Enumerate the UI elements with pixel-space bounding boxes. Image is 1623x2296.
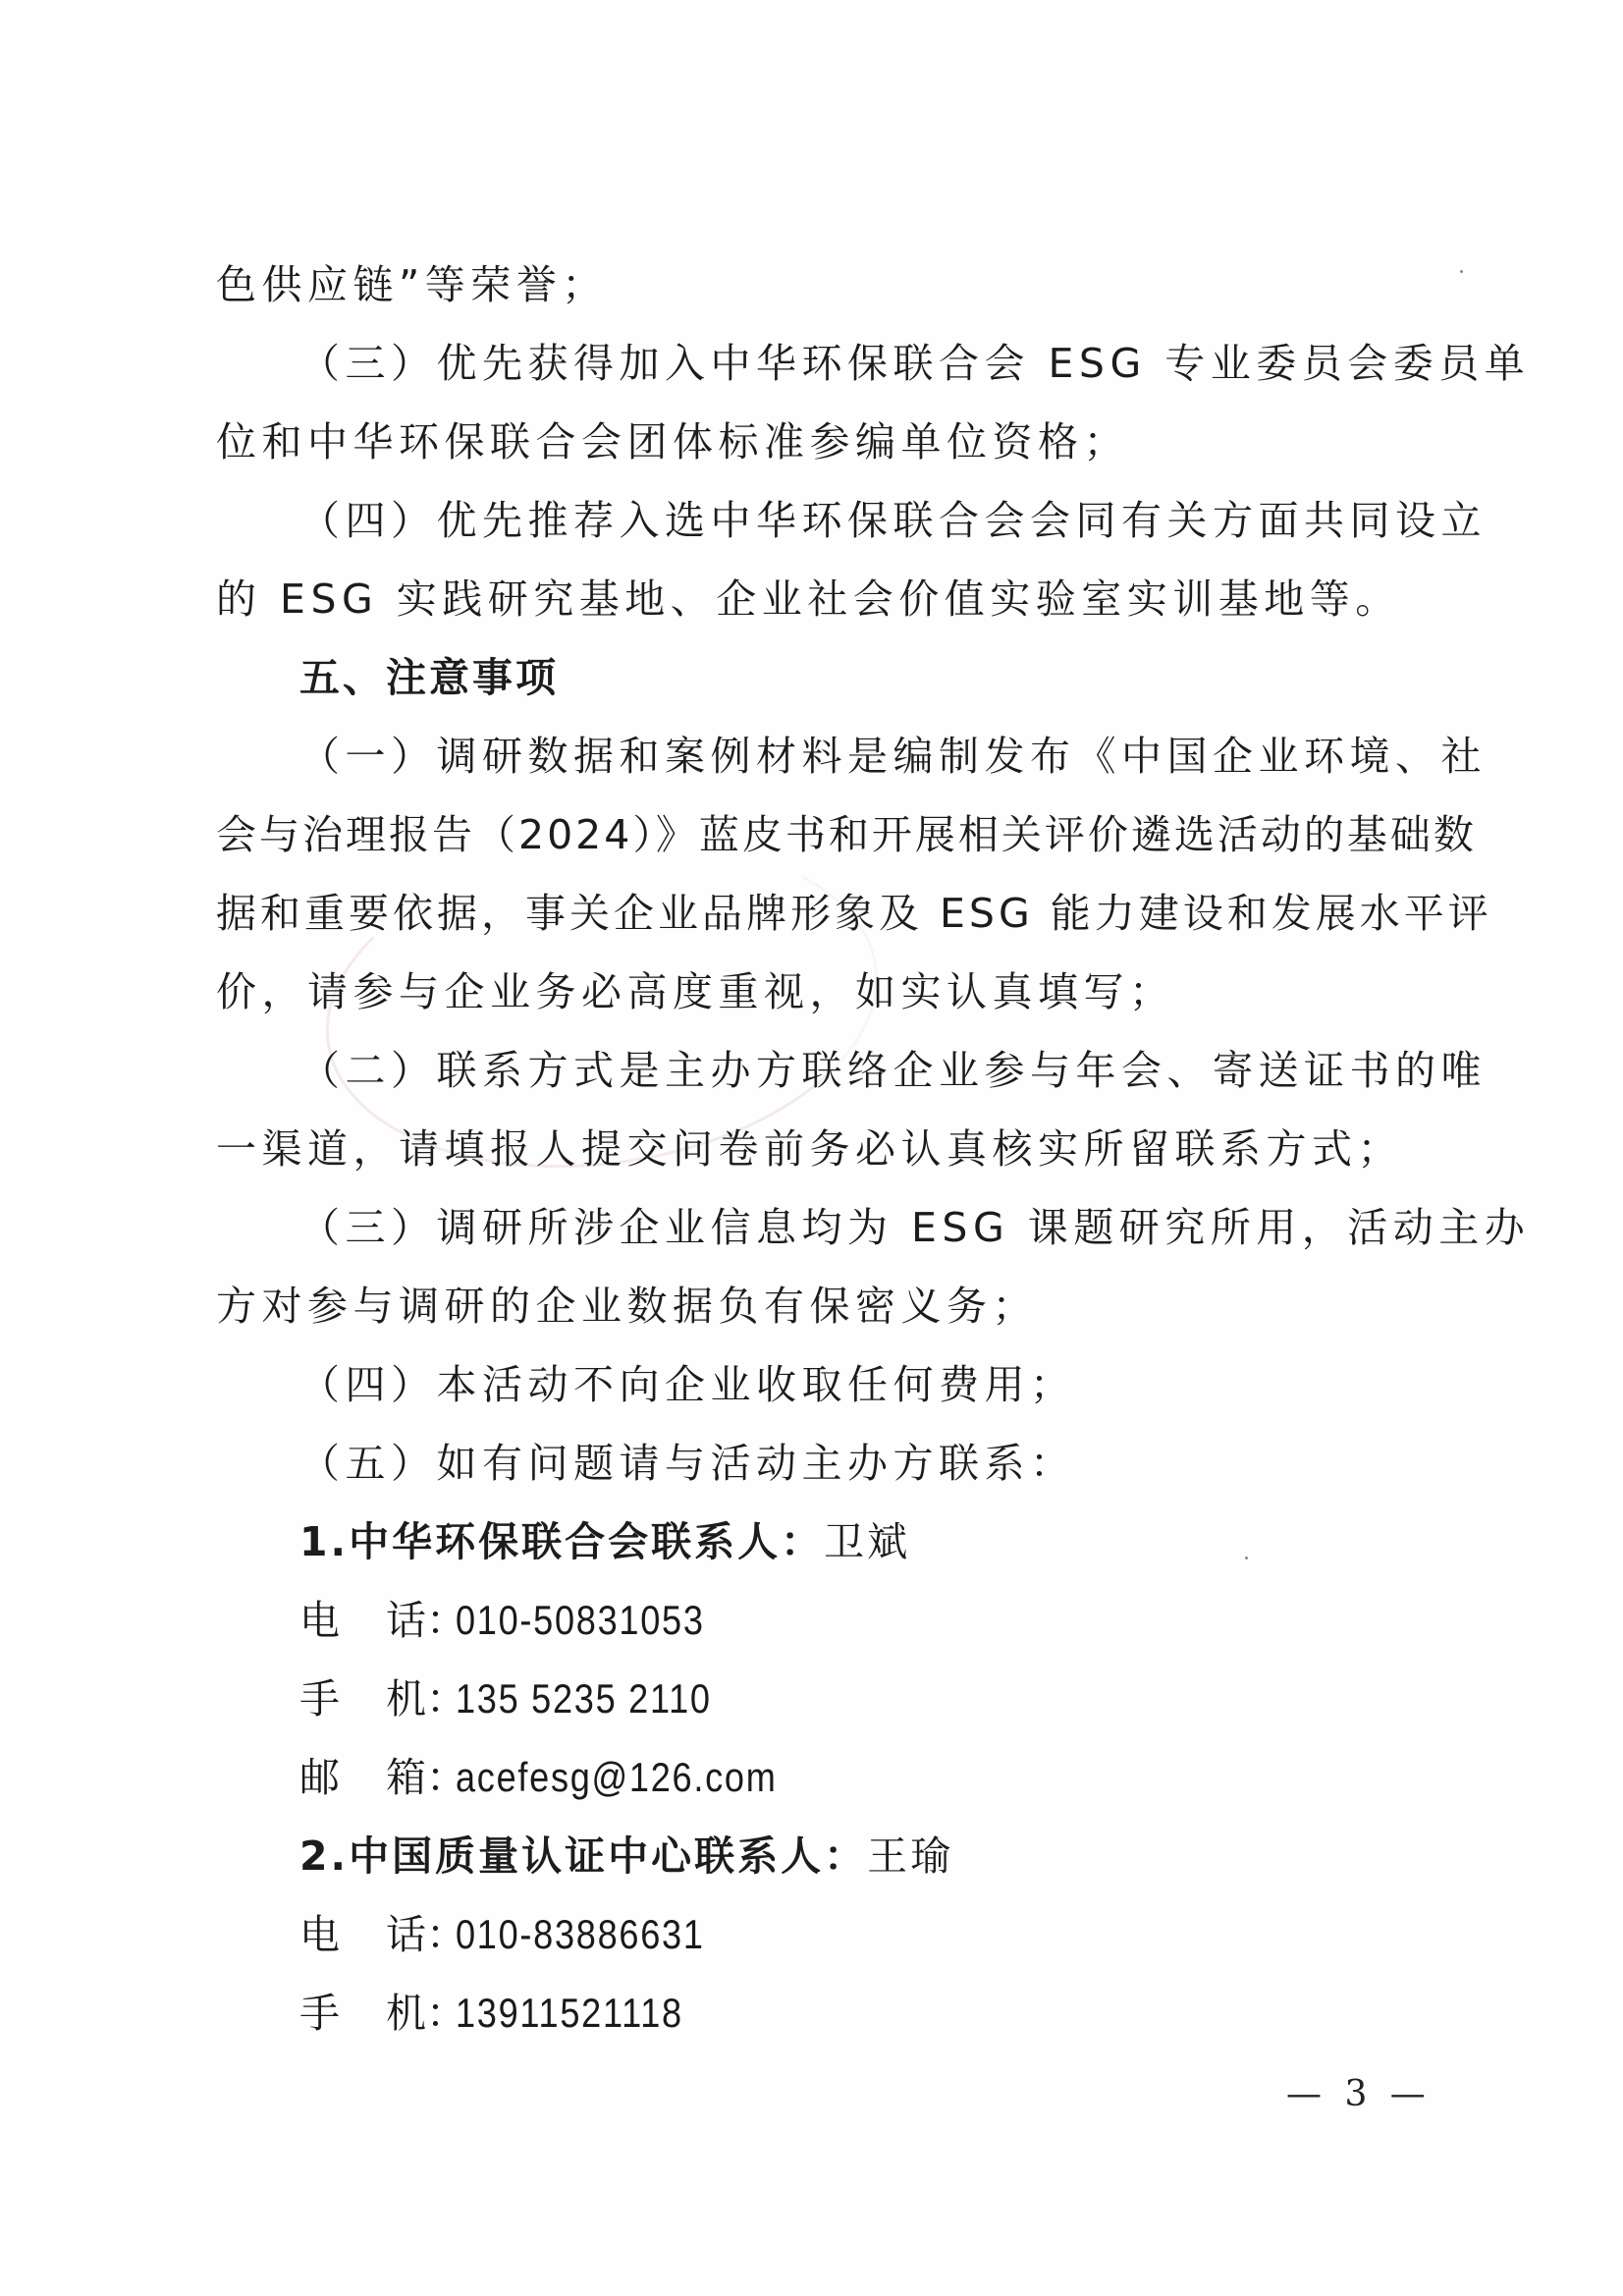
paragraph-line-10: 价，请参与企业务必高度重视，如实认真填写； [216, 964, 1175, 1019]
contact-2-name: 王瑜 [867, 1832, 953, 1880]
scan-speck [1245, 1557, 1248, 1559]
phone-label-char-2: 话 [386, 1593, 426, 1648]
paragraph-line-11: （二）联系方式是主办方联络企业参与年会、寄送证书的唯 [299, 1043, 1487, 1098]
contact-1-organization: 1.中华环保联合会联系人： [299, 1518, 824, 1565]
phone-label-char-2: 话 [386, 1907, 426, 1962]
page-number: — 3 — [1286, 2074, 1432, 2114]
label-colon: ： [426, 1671, 456, 1726]
contact-1-email[interactable]: acefesg@126.com [456, 1750, 778, 1805]
contact-2-organization: 2.中国质量认证中心联系人： [299, 1832, 867, 1880]
paragraph-line-2: （三）优先获得加入中华环保联合会 ESG 专业委员会委员单 [299, 336, 1530, 391]
paragraph-line-12: 一渠道，请填报人提交问卷前务必认真核实所留联系方式； [216, 1121, 1403, 1176]
paragraph-line-13: （三）调研所涉企业信息均为 ESG 课题研究所用，活动主办 [299, 1200, 1530, 1255]
contact-2-phone-row: 电 话 ： 010-83886631 [299, 1907, 745, 1962]
scan-speck [1460, 270, 1463, 273]
paragraph-line-9: 据和重要依据，事关企业品牌形象及 ESG 能力建设和发展水平评 [216, 886, 1492, 941]
email-label-char-2: 箱 [386, 1750, 426, 1805]
contact-1-heading: 1.中华环保联合会联系人：卫斌 [299, 1514, 910, 1569]
label-colon: ： [426, 1986, 456, 2041]
contact-1-mobile: 135 5235 2110 [456, 1671, 712, 1726]
label-colon: ： [426, 1907, 456, 1962]
contact-2-heading: 2.中国质量认证中心联系人：王瑜 [299, 1829, 953, 1884]
paragraph-line-15: （四）本活动不向企业收取任何费用； [299, 1357, 1076, 1412]
paragraph-line-3: 位和中华环保联合会团体标准参编单位资格； [216, 414, 1129, 469]
label-colon: ： [426, 1593, 456, 1648]
document-page: 色供应链”等荣誉； （三）优先获得加入中华环保联合会 ESG 专业委员会委员单 … [0, 0, 1623, 2296]
section-heading-notes: 五、注意事项 [299, 650, 559, 705]
contact-2-phone: 010-83886631 [456, 1907, 705, 1962]
contact-1-phone-row: 电 话 ： 010-50831053 [299, 1593, 745, 1648]
contact-2-mobile-row: 手 机 ： 13911521118 [299, 1986, 721, 2041]
contact-1-name: 卫斌 [824, 1518, 910, 1565]
mobile-label-char-2: 机 [386, 1986, 426, 2041]
contact-1-mobile-row: 手 机 ： 135 5235 2110 [299, 1671, 753, 1726]
contact-2-mobile: 13911521118 [456, 1986, 683, 2041]
contact-1-email-row: 邮 箱 ： acefesg@126.com [299, 1750, 830, 1805]
paragraph-line-5: 的 ESG 实践研究基地、企业社会价值实验室实训基地等。 [216, 572, 1401, 627]
contact-1-phone: 010-50831053 [456, 1593, 705, 1648]
email-label-char-1: 邮 [299, 1750, 386, 1805]
paragraph-line-7: （一）调研数据和案例材料是编制发布《中国企业环境、社 [299, 729, 1487, 784]
phone-label-char-1: 电 [299, 1593, 386, 1648]
paragraph-line-16: （五）如有问题请与活动主办方联系： [299, 1436, 1076, 1491]
paragraph-line-8: 会与治理报告（2024）》蓝皮书和开展相关评价遴选活动的基础数 [216, 807, 1477, 862]
label-colon: ： [426, 1750, 456, 1805]
paragraph-line-14: 方对参与调研的企业数据负有保密义务； [216, 1279, 1038, 1334]
mobile-label-char-1: 手 [299, 1986, 386, 2041]
paragraph-line-4: （四）优先推荐入选中华环保联合会会同有关方面共同设立 [299, 493, 1487, 548]
mobile-label-char-1: 手 [299, 1671, 386, 1726]
mobile-label-char-2: 机 [386, 1671, 426, 1726]
phone-label-char-1: 电 [299, 1907, 386, 1962]
paragraph-line-1: 色供应链”等荣誉； [216, 257, 608, 312]
